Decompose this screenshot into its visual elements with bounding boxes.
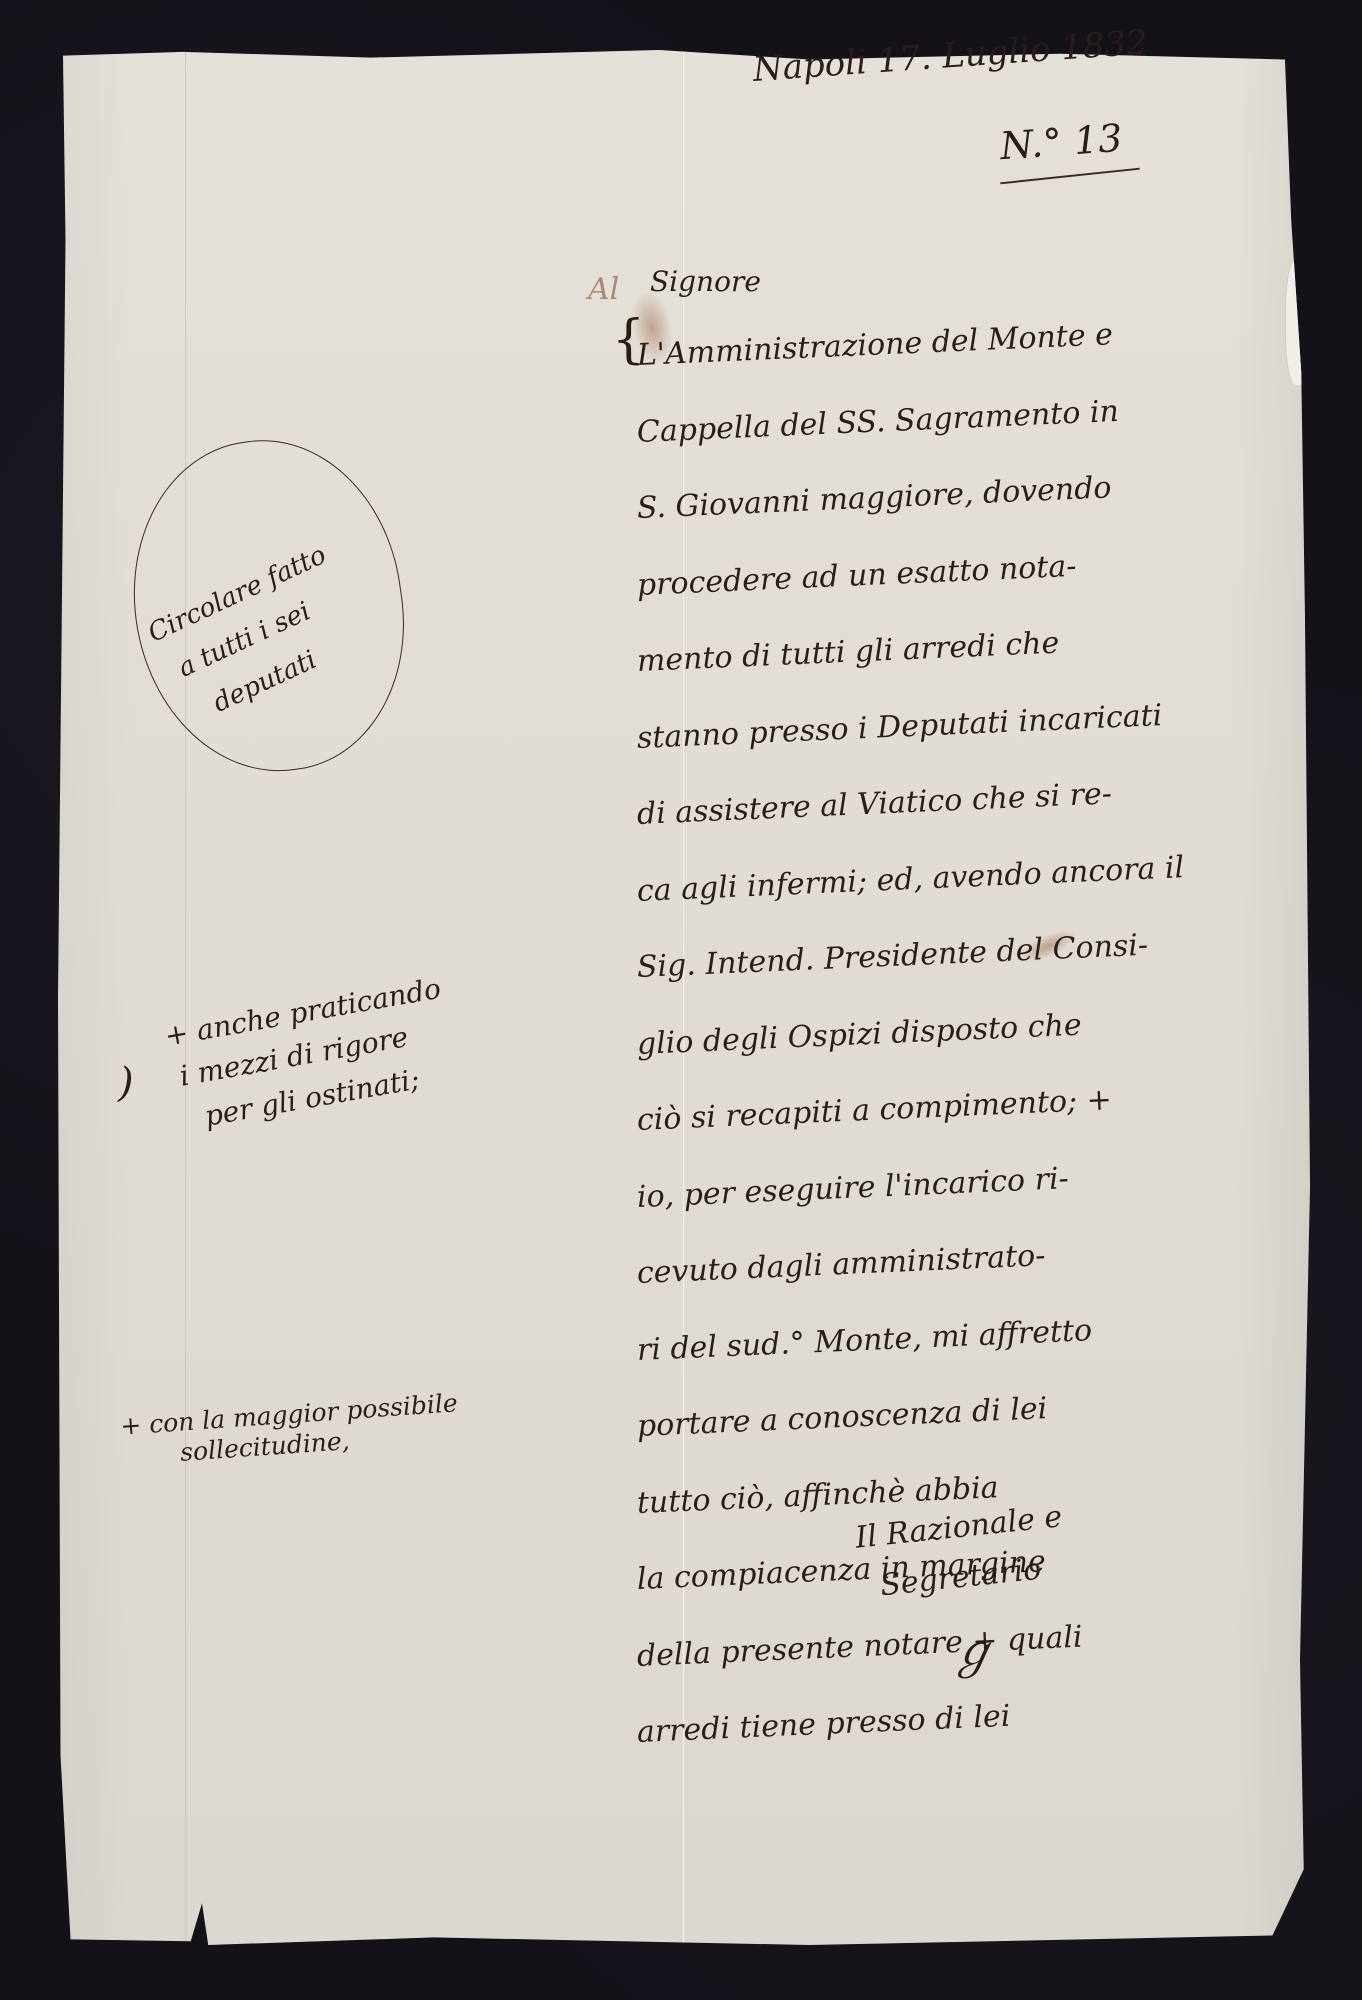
stained-annotation: Al — [588, 272, 619, 307]
salutation: Signore — [650, 265, 761, 298]
signature-flourish: ℊ — [950, 1615, 996, 1681]
document-number: N.° 13 — [999, 116, 1124, 168]
letter-body: L'Amministrazione del Monte e Cappella d… — [637, 318, 1277, 1772]
margin-bracket: ) — [118, 1060, 134, 1106]
margin-crease — [185, 50, 186, 1945]
